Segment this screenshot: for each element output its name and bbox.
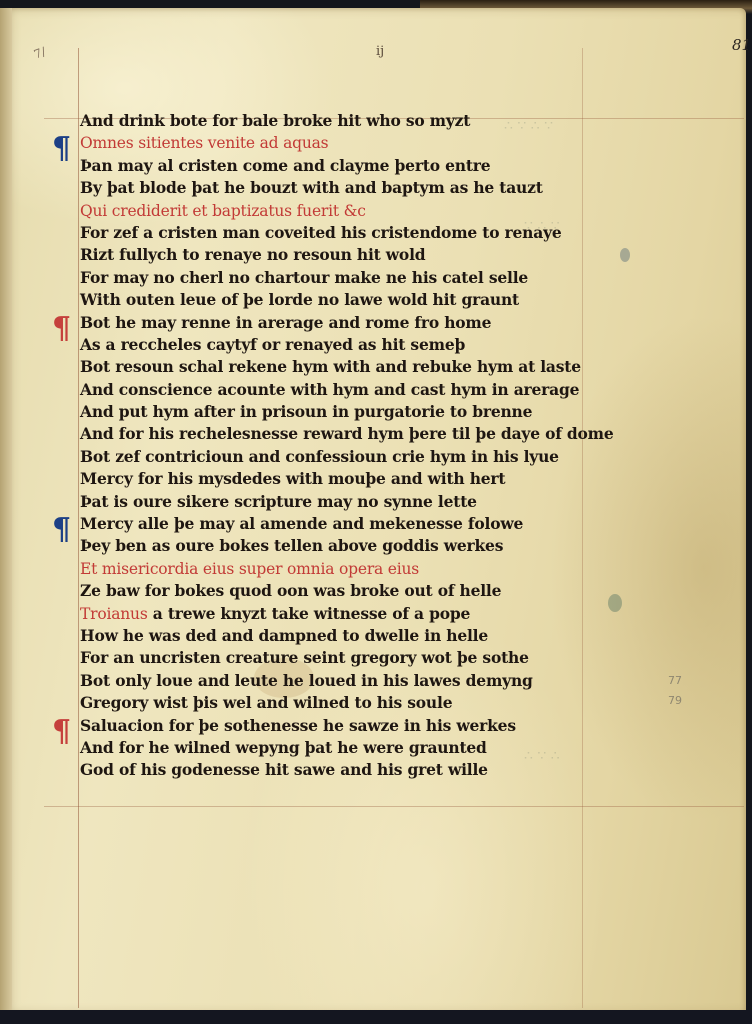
line-text: Bot zef contricioun and confessioun crie… (80, 447, 559, 466)
line-text: Rizt fullych to renaye no resoun hit wol… (80, 245, 425, 264)
text-line: And for he wilned wepyng þat he were gra… (66, 737, 716, 759)
text-line: Gregory wist þis wel and wilned to his s… (66, 692, 716, 714)
text-line: As a reccheles caytyf or renayed as hit … (66, 334, 716, 356)
line-text: Saluacion for þe sothenesse he sawze in … (80, 716, 516, 735)
text-line: By þat blode þat he bouzt with and bapty… (66, 177, 716, 199)
text-line: For zef a cristen man coveited his crist… (66, 222, 716, 244)
line-text: Bot only loue and leute he loued in his … (80, 671, 533, 690)
text-line: Þey ben as oure bokes tellen above goddi… (66, 535, 716, 557)
line-text: Omnes sitientes venite ad aquas (80, 134, 328, 152)
rubric-line: Qui crediderit et baptizatus fuerit &c (66, 200, 716, 222)
text-line: Þan may al cristen come and clayme þerto… (66, 155, 716, 177)
binding-gutter (0, 8, 12, 1014)
ruling-bottom (44, 806, 744, 807)
line-text: With outen leue of þe lorde no lawe wold… (80, 290, 519, 309)
line-text: Et misericordia eius super omnia opera e… (80, 560, 419, 578)
line-text: Gregory wist þis wel and wilned to his s… (80, 693, 452, 712)
text-line: ¶Bot he may renne in arerage and rome fr… (66, 312, 716, 334)
line-text: Bot he may renne in arerage and rome fro… (80, 313, 491, 332)
line-text: For zef a cristen man coveited his crist… (80, 223, 562, 242)
line-text: And for he wilned wepyng þat he were gra… (80, 738, 487, 757)
text-line: ¶Saluacion for þe sothenesse he sawze in… (66, 715, 716, 737)
text-line: And conscience acounte with hym and cast… (66, 379, 716, 401)
line-text: For an uncristen creature seint gregory … (80, 648, 529, 667)
line-text: Qui crediderit et baptizatus fuerit &c (80, 202, 366, 220)
text-line: For an uncristen creature seint gregory … (66, 647, 716, 669)
line-text: How he was ded and dampned to dwelle in … (80, 626, 488, 645)
rubric-word: Troianus (80, 605, 148, 623)
text-block: And drink bote for bale broke hit who so… (66, 110, 716, 782)
paraph-mark-icon: ¶ (52, 515, 66, 545)
paraph-mark-icon: ¶ (52, 717, 66, 747)
rubric-line: Et misericordia eius super omnia opera e… (66, 558, 716, 580)
text-line: ¶Mercy alle þe may al amende and mekenes… (66, 513, 716, 535)
line-text: By þat blode þat he bouzt with and bapty… (80, 178, 543, 197)
line-text: And conscience acounte with hym and cast… (80, 380, 579, 399)
text-line: Ze baw for bokes quod oon was broke out … (66, 580, 716, 602)
text-line: How he was ded and dampned to dwelle in … (66, 625, 716, 647)
text-line: And drink bote for bale broke hit who so… (66, 110, 716, 132)
line-text: As a reccheles caytyf or renayed as hit … (80, 335, 465, 354)
line-text: Ze baw for bokes quod oon was broke out … (80, 581, 501, 600)
paraph-mark-icon: ¶ (52, 134, 66, 164)
text-line: Bot zef contricioun and confessioun crie… (66, 446, 716, 468)
line-text: And put hym after in prisoun in purgator… (80, 402, 532, 421)
line-text: And drink bote for bale broke hit who so… (80, 111, 470, 130)
background-bottom (0, 1010, 752, 1024)
line-text: Mercy for his mysdedes with mouþe and wi… (80, 469, 505, 488)
text-line: For may no cherl no chartour make ne his… (66, 267, 716, 289)
text-line: With outen leue of þe lorde no lawe wold… (66, 289, 716, 311)
line-text: a trewe knyzt take witnesse of a pope (148, 604, 471, 623)
text-line: God of his godenesse hit sawe and his gr… (66, 759, 716, 781)
line-text: Mercy alle þe may al amende and mekeness… (80, 514, 523, 533)
quire-signature: ij (376, 44, 384, 59)
folio-number: 81 (732, 36, 751, 54)
line-text: Þey ben as oure bokes tellen above goddi… (80, 536, 503, 555)
line-text: Þan may al cristen come and clayme þerto… (80, 156, 490, 175)
text-line: Bot only loue and leute he loued in his … (66, 670, 716, 692)
text-line: Mercy for his mysdedes with mouþe and wi… (66, 468, 716, 490)
text-line: Þat is oure sikere scripture may no synn… (66, 491, 716, 513)
paraph-mark-icon: ¶ (52, 314, 66, 344)
rubric-line: ¶Omnes sitientes venite ad aquas (66, 132, 716, 154)
text-line: And put hym after in prisoun in purgator… (66, 401, 716, 423)
text-line: Bot resoun schal rekene hym with and reb… (66, 356, 716, 378)
corner-mark: 7/ (32, 44, 48, 61)
text-line: Troianus a trewe knyzt take witnesse of … (66, 603, 716, 625)
line-text: God of his godenesse hit sawe and his gr… (80, 760, 488, 779)
text-line: And for his rechelesnesse reward hym þer… (66, 423, 716, 445)
line-text: For may no cherl no chartour make ne his… (80, 268, 528, 287)
line-text: Þat is oure sikere scripture may no synn… (80, 492, 477, 511)
text-line: Rizt fullych to renaye no resoun hit wol… (66, 244, 716, 266)
line-text: And for his rechelesnesse reward hym þer… (80, 424, 614, 443)
line-text: Bot resoun schal rekene hym with and reb… (80, 357, 581, 376)
manuscript-folio: ∴ ∵ ∴ ∵ ∵ ∴ ∵ ∴ ∵ ∴ 7/ ij 81 77 79 And d… (4, 8, 746, 1014)
